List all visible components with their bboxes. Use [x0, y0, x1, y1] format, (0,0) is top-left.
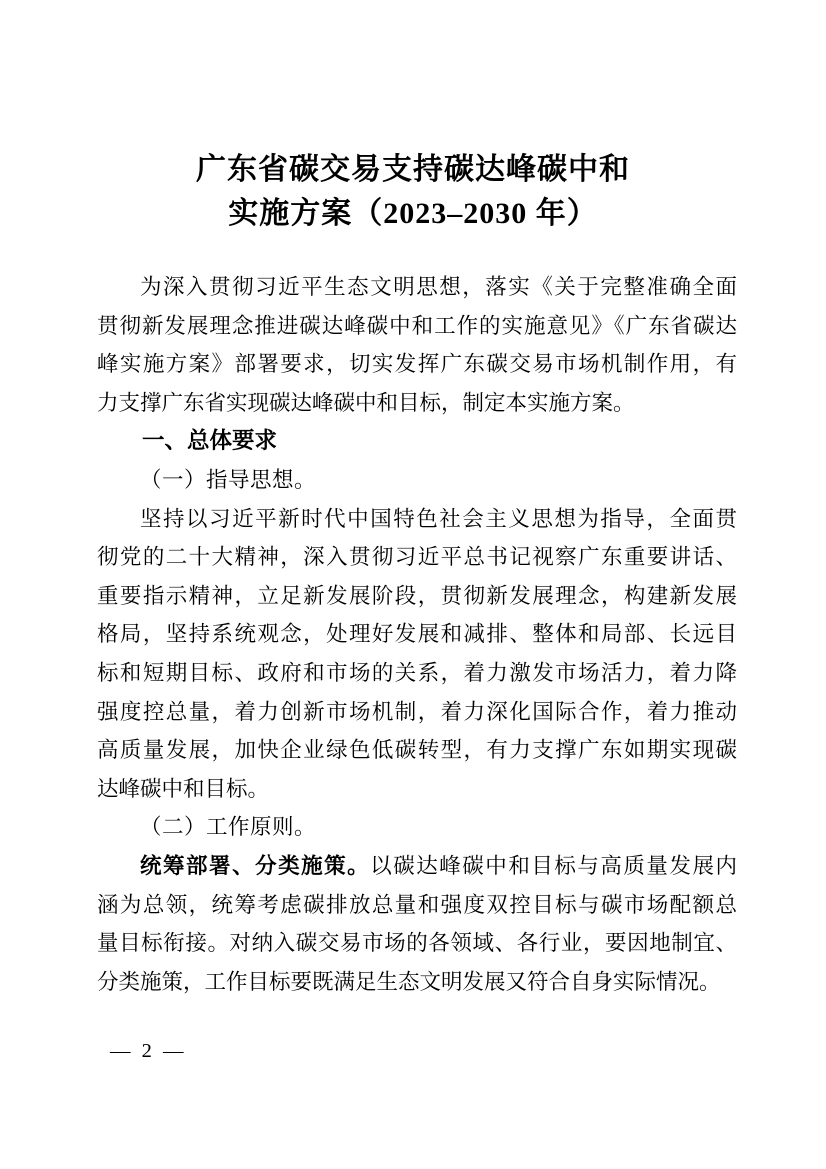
document-body: 为深入贯彻习近平生态文明思想，落实《关于完整准确全面贯彻新发展理念推进碳达峰碳中…	[97, 268, 737, 1001]
text-line: 峰实施方案》部署要求，切实发挥广东碳交易市场机制作用，有	[97, 345, 737, 384]
text-line: 标和短期目标、政府和市场的关系，着力激发市场活力，着力降	[97, 654, 737, 693]
text-line: 一、总体要求	[97, 422, 737, 461]
text-line: 彻党的二十大精神，深入贯彻习近平总书记视察广东重要讲话、	[97, 538, 737, 577]
text-line: （二）工作原则。	[97, 808, 737, 847]
document-title-line-1: 广东省碳交易支持碳达峰碳中和	[0, 148, 826, 192]
text-line: （一）指导思想。	[97, 461, 737, 500]
text-line: 量目标衔接。对纳入碳交易市场的各领域、各行业，要因地制宜、	[97, 924, 737, 963]
text-line: 格局，坚持系统观念，处理好发展和减排、整体和局部、长远目	[97, 615, 737, 654]
text-line: 重要指示精神，立足新发展阶段，贯彻新发展理念，构建新发展	[97, 577, 737, 616]
paragraph: 坚持以习近平新时代中国特色社会主义思想为指导，全面贯彻党的二十大精神，深入贯彻习…	[97, 500, 737, 809]
footer-page-number: — 2 —	[110, 1040, 187, 1063]
bold-lead-in: 统筹部署、分类施策。	[140, 854, 370, 878]
paragraph: 统筹部署、分类施策。以碳达峰碳中和目标与高质量发展内涵为总领，统筹考虑碳排放总量…	[97, 847, 737, 1001]
text-line: 统筹部署、分类施策。以碳达峰碳中和目标与高质量发展内	[97, 847, 737, 886]
text-line: 为深入贯彻习近平生态文明思想，落实《关于完整准确全面	[97, 268, 737, 307]
text-line: 分类施策，工作目标要既满足生态文明发展又符合自身实际情况。	[97, 963, 737, 1002]
text-line: 贯彻新发展理念推进碳达峰碳中和工作的实施意见》《广东省碳达	[97, 307, 737, 346]
sub-heading: （二）工作原则。	[97, 808, 737, 847]
text-line: 力支撑广东省实现碳达峰碳中和目标，制定本实施方案。	[97, 384, 737, 423]
document-title-line-2: 实施方案（2023–2030 年）	[0, 192, 826, 236]
text-segment: 以碳达峰碳中和目标与高质量发展内	[370, 854, 737, 878]
text-line: 涵为总领，统筹考虑碳排放总量和强度双控目标与碳市场配额总	[97, 886, 737, 925]
sub-heading: （一）指导思想。	[97, 461, 737, 500]
text-line: 高质量发展，加快企业绿色低碳转型，有力支撑广东如期实现碳	[97, 731, 737, 770]
section-heading: 一、总体要求	[97, 422, 737, 461]
document-page: 广东省碳交易支持碳达峰碳中和 实施方案（2023–2030 年） 为深入贯彻习近…	[0, 0, 826, 1169]
document-title: 广东省碳交易支持碳达峰碳中和 实施方案（2023–2030 年）	[0, 148, 826, 236]
text-line: 坚持以习近平新时代中国特色社会主义思想为指导，全面贯	[97, 500, 737, 539]
paragraph: 为深入贯彻习近平生态文明思想，落实《关于完整准确全面贯彻新发展理念推进碳达峰碳中…	[97, 268, 737, 422]
text-line: 强度控总量，着力创新市场机制，着力深化国际合作，着力推动	[97, 693, 737, 732]
text-line: 达峰碳中和目标。	[97, 770, 737, 809]
